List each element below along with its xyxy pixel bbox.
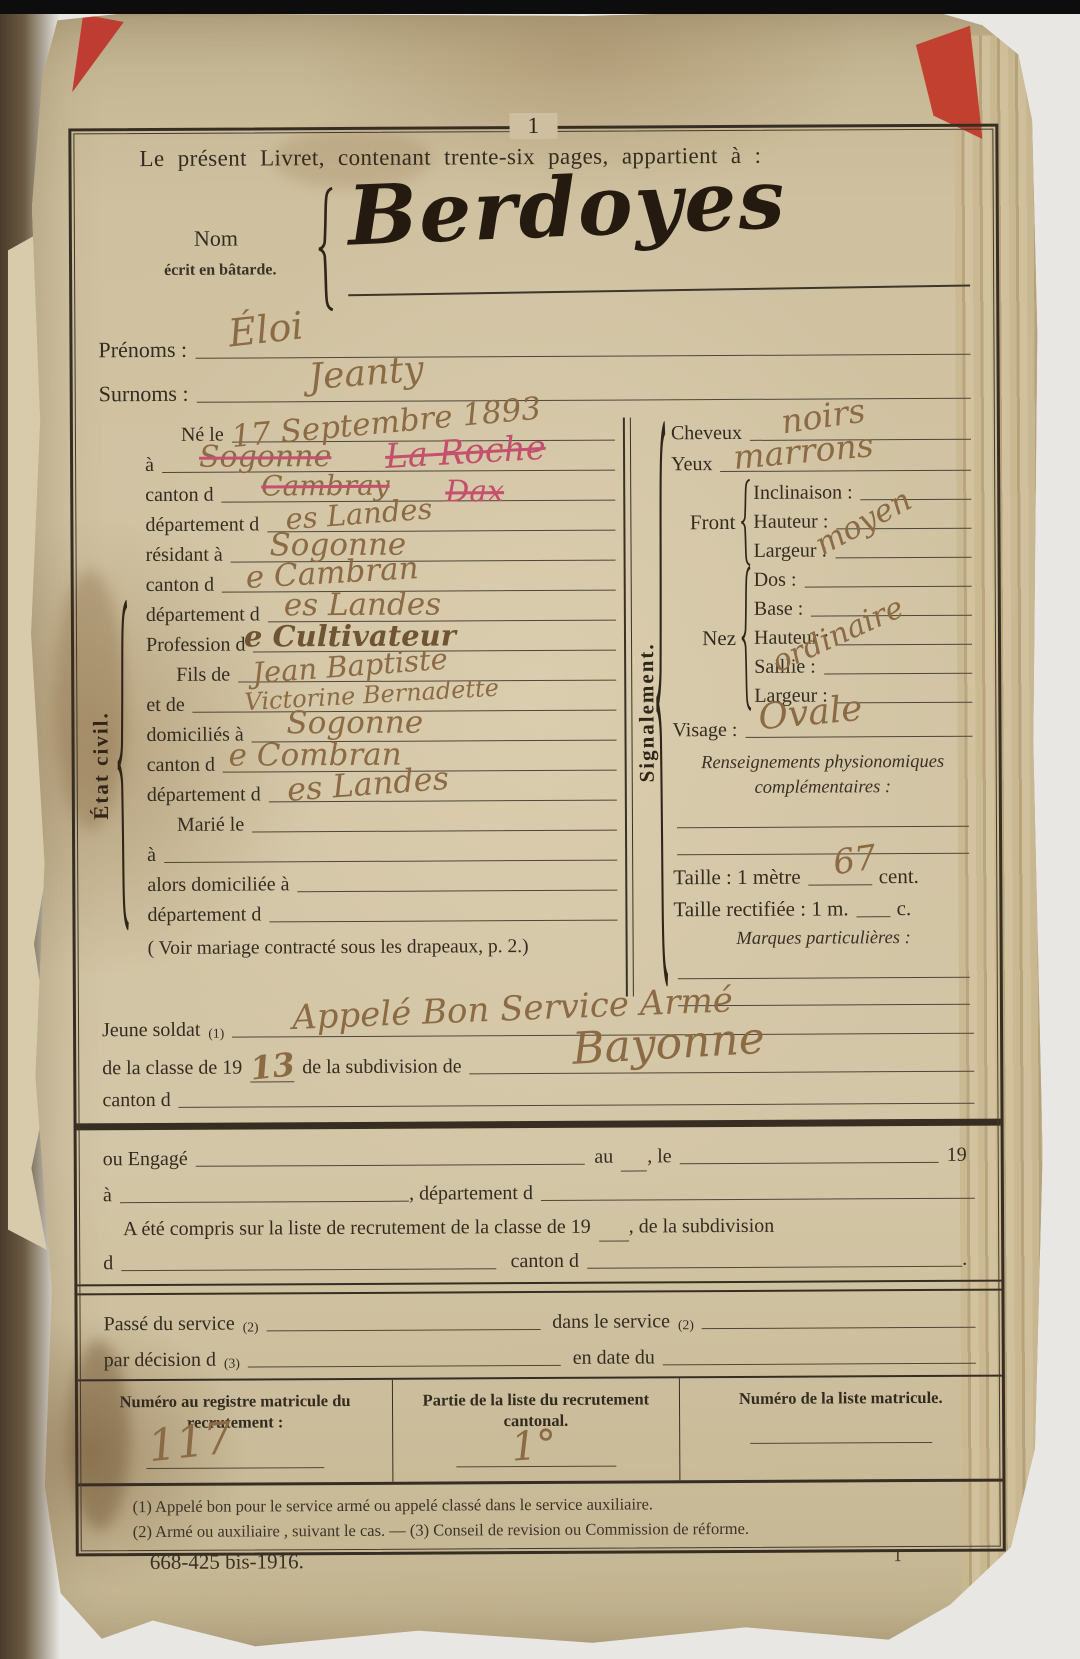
field-rule [121,1268,496,1271]
field-row-residant: résidant à Sogonne [145,538,615,570]
service-date-label: en date du [561,1346,663,1373]
field-rule [745,736,972,738]
field-rule [248,1365,561,1368]
field-rule [162,470,615,473]
taille-rectifiee-unit: c. [891,896,920,924]
nez-base-row: Base : [754,594,972,624]
service-marker2b: (2) [678,1317,702,1336]
table-col-liste-matricule: Numéro de la liste matricule. [678,1377,1002,1481]
matricule-table: Numéro au registre matricule du recrutem… [78,1375,1003,1487]
etat-civil-signalement-columns: État civil. Né le 17 Septembre 1893 à So… [99,416,974,1009]
engage-le: , le [647,1145,680,1171]
field-rule [587,1266,962,1269]
field-label: Fils de [146,664,238,690]
signalement-column: Cheveux noirs Yeux marrons Front Inclina… [671,416,974,1006]
taille-row: Taille : 1 mètre cent. 67 [673,854,973,894]
nom-brace [316,187,339,311]
taille-unit: cent. [873,864,927,892]
yeux-label: Yeux [671,453,720,479]
field-rule [193,710,617,713]
front-largeur-row: Largeur : [753,536,971,566]
signalement-divider: Signalement. [615,417,674,1006]
field-row-domicilies: domiciliés à Sogonne [146,718,616,750]
field-rule [835,557,972,559]
table-header: Numéro de la liste matricule. [694,1387,988,1410]
etat-civil-rail: État civil. [88,600,133,930]
front-inclinaison-row: Inclinaison : [753,478,971,508]
field-rule [231,560,616,563]
field-rule [252,740,617,743]
surnoms-label: Surnoms : [99,381,197,411]
scanner-background-top [0,0,1080,14]
mariage-note: ( Voir mariage contracté sous les drapea… [148,936,618,960]
field-rule [836,702,973,704]
nez-saillie-label: Saillie : [754,656,824,682]
field-rule [179,1103,975,1108]
yeux-row: Yeux marrons [671,447,971,480]
prenoms-rule [195,354,970,359]
page-footer: 668-425 bis-1916. 1 [150,1546,902,1575]
front-label: Front [671,510,739,535]
field-rule [720,470,971,472]
front-inclinaison-label: Inclinaison : [753,481,861,508]
field-row-departement-residence: département d es Landes [146,598,616,630]
field-rule [222,500,616,503]
nez-largeur-label: Largeur : [754,684,836,710]
renseignements-label: Renseignements physionomiques complément… [673,750,973,802]
recrutement-point: . [962,1248,975,1274]
field-rule [164,860,617,863]
etat-civil-section-label: État civil. [88,711,114,819]
visage-row: Visage : Ovale [672,710,972,746]
field-rule [269,800,617,803]
field-rule [223,770,617,773]
table-cell-rule [456,1465,616,1467]
signalement-brace [653,421,672,986]
recrutement-blank [599,1218,629,1241]
recrutement-d: d [103,1252,121,1278]
front-hauteur-row: Hauteur : [753,507,971,537]
field-rule [805,586,972,588]
field-label: département d [145,513,267,540]
nez-hauteur-row: Hauteur : [754,623,972,653]
table-cell-rule [750,1442,933,1444]
field-row-canton-residence: canton d e Cambran [146,568,616,600]
field-rule [702,1327,976,1329]
nez-dos-label: Dos : [754,569,805,595]
recrutement-row2: d canton d . [103,1240,975,1279]
service-marker3: (3) [224,1355,248,1374]
field-row-departement-naissance: département d es Landes [145,508,615,540]
field-rule [196,1164,585,1167]
field-rule [252,830,617,833]
field-rule [267,530,615,533]
field-rule [232,440,615,443]
nom-sublabel: écrit en bâtarde. [164,261,276,280]
field-rule [267,1329,541,1331]
nez-dos-row: Dos : [754,565,972,595]
field-rule [824,673,972,675]
engage-lieu-row: à , département d [103,1170,975,1211]
field-row-fils-de: Fils de Jean Baptiste [146,658,616,690]
field-label: canton d [145,484,221,510]
field-label: à [147,844,164,870]
etat-civil-column: État civil. Né le 17 Septembre 1893 à So… [99,418,618,1010]
field-row-canton-naissance: canton d Cambray Dax [145,478,615,510]
blank-rule [677,800,969,829]
field-correction-red: Dax [445,474,504,509]
nez-brace [740,566,755,711]
field-label: alors domiciliée à [147,873,297,900]
field-label: Profession d [146,634,254,661]
field-label: département d [147,903,269,930]
nom-label: Nom [194,226,238,252]
front-largeur-label: Largeur : [753,539,835,565]
jeune-soldat-marker: (1) [208,1026,232,1045]
field-row-a-mariage: à [147,838,617,870]
field-rule [750,439,971,441]
front-hauteur-label: Hauteur : [753,510,836,536]
front-brace [739,479,753,566]
classe-blank: 13 [250,1057,294,1082]
field-label: canton d [147,754,223,780]
engage-year: 19 [939,1144,975,1170]
field-row-a-naissance: à Sogonne La Roche [145,448,615,480]
prenoms-row: Prénoms : Éloi [98,318,970,367]
field-label: résidant à [146,544,231,570]
nez-saillie-row: Saillie : [754,652,972,682]
etat-civil-brace [115,600,133,930]
taille-rule [809,884,873,885]
field-label: Né le [145,424,232,450]
nez-hauteur-label: Hauteur : [754,626,837,652]
visage-label: Visage : [672,719,745,745]
field-row-profession: Profession d e Cultivateur [146,628,616,660]
service-row1: Passé du service (2) dans le service (2) [103,1297,975,1340]
nom-value-handwritten: Berdoyes [346,151,788,265]
jeune-soldat-row: Jeune soldat (1) Appelé Bon Service Armé [102,1005,974,1046]
service-marker2: (2) [243,1319,267,1338]
classe-row: de la classe de 19 13 de la subdivision … [102,1041,974,1084]
field-rule [222,590,616,593]
blank-rule [678,951,970,980]
field-rule [232,1033,974,1038]
canton-label: canton d [102,1089,178,1115]
red-corner-mark-top-left [72,14,124,92]
recrutement-text2: , de la subdivision [629,1215,783,1242]
field-label: à [145,454,162,480]
nez-base-label: Base : [754,598,812,624]
footnotes: (1) Appelé bon pour le service armé ou a… [104,1490,976,1546]
surnoms-row: Surnoms : Jeanty [99,362,971,411]
recrutement-row1: A été compris sur la liste de recrutemen… [103,1206,975,1245]
field-label: département d [146,603,268,630]
engage-label: ou Engagé [103,1148,196,1174]
field-row-departement-mariage: département d [147,898,617,930]
blank-rule [678,978,970,1007]
field-rule [811,615,972,617]
taille-rectifiee-rule [857,916,891,917]
prenoms-label: Prénoms : [98,337,195,367]
engage-row: ou Engagé au , le 19 [103,1132,975,1175]
footnote-2: (2) Armé ou auxiliaire , suivant le cas.… [133,1515,977,1545]
field-rule [238,680,616,683]
field-rule [254,650,617,653]
taille-rectifiee-label: Taille rectifiée : 1 m. [673,896,856,925]
front-group: Front Inclinaison : Hauteur : Largeur : … [671,478,971,567]
field-rule [837,644,972,646]
classe-middle: de la subdivision de [294,1055,470,1082]
field-row-alors-domiciliee: alors domiciliée à [147,868,617,900]
field-rule [680,1162,939,1164]
field-rule [663,1363,976,1366]
nom-block: Nom écrit en bâtarde. Berdoyes [98,176,971,323]
field-rule [541,1198,975,1201]
blank-rule [677,827,969,856]
field-row-ne-le: Né le 17 Septembre 1893 [145,418,615,450]
jeune-soldat-label: Jeune soldat [102,1019,208,1046]
taille-rectifiee-row: Taille rectifiée : 1 m. c. [673,892,973,926]
scanned-document: 1 Le présent Livret, contenant trente-si… [0,0,1080,1659]
page-number: 1 [510,113,558,139]
field-label: canton d [146,574,222,600]
recrutement-canton: canton d [497,1250,587,1276]
footer-page-number: 1 [893,1546,902,1571]
field-rule [269,920,617,923]
engage-au: au [584,1146,621,1172]
engage-a: à [103,1184,120,1210]
field-rule [470,1071,975,1075]
engage-dept: , département d [409,1182,541,1209]
field-rule [861,499,972,501]
print-reference: 668-425 bis-1916. [150,1549,304,1575]
service-decision-label: par décision d [104,1349,224,1376]
table-cell-rule [147,1467,324,1469]
livret-militaire-page: 1 Le présent Livret, contenant trente-si… [22,5,1053,1650]
field-row-marie-le: Marié le [147,808,617,840]
table-col-liste-cantonale: Partie de la liste du recrutement canton… [392,1378,679,1481]
field-rule [268,620,616,623]
section-divider-double [77,1280,1001,1296]
nez-label: Nez [672,626,740,651]
cheveux-label: Cheveux [671,422,750,448]
cheveux-row: Cheveux noirs [671,416,971,449]
taille-label: Taille : 1 mètre [673,865,809,894]
field-label: domiciliés à [146,724,251,751]
field-row-canton-parents: canton d e Combran [147,748,617,780]
field-row-departement-parents: département d es Landes [147,778,617,810]
table-header: Numéro au registre matricule du recrutem… [92,1390,378,1434]
canton-row: canton d [102,1079,974,1116]
surnoms-rule [197,398,971,403]
service-row2: par décision d (3) en date du [104,1335,976,1376]
nom-rule [348,285,970,297]
field-label: Marié le [147,814,252,841]
field-rule [120,1201,409,1204]
recrutement-text: A été compris sur la liste de recrutemen… [103,1216,599,1245]
field-rule [836,528,971,530]
marques-label: Marques particulières : [674,926,974,953]
section-divider-thick [77,1119,1001,1131]
field-label: et de [146,694,192,720]
nez-largeur-row: Largeur : [754,681,972,711]
field-rule [298,890,618,893]
table-header: Partie de la liste du recrutement canton… [407,1388,665,1432]
classe-prefix: de la classe de 19 [102,1056,250,1083]
field-row-et-de: et de Victorine Bernadette [146,688,616,720]
service-passe-label: Passé du service [104,1313,243,1340]
divider-double-line [623,418,634,997]
engage-blank [621,1148,647,1171]
service-dans-label: dans le service [540,1310,678,1337]
page-frame: 1 Le présent Livret, contenant trente-si… [68,124,1005,1557]
table-col-registre-matricule: Numéro au registre matricule du recrutem… [78,1380,393,1484]
nez-group: Nez Dos : Base : Hauteur : Saillie : Lar… [672,565,973,712]
field-label: département d [147,783,269,810]
